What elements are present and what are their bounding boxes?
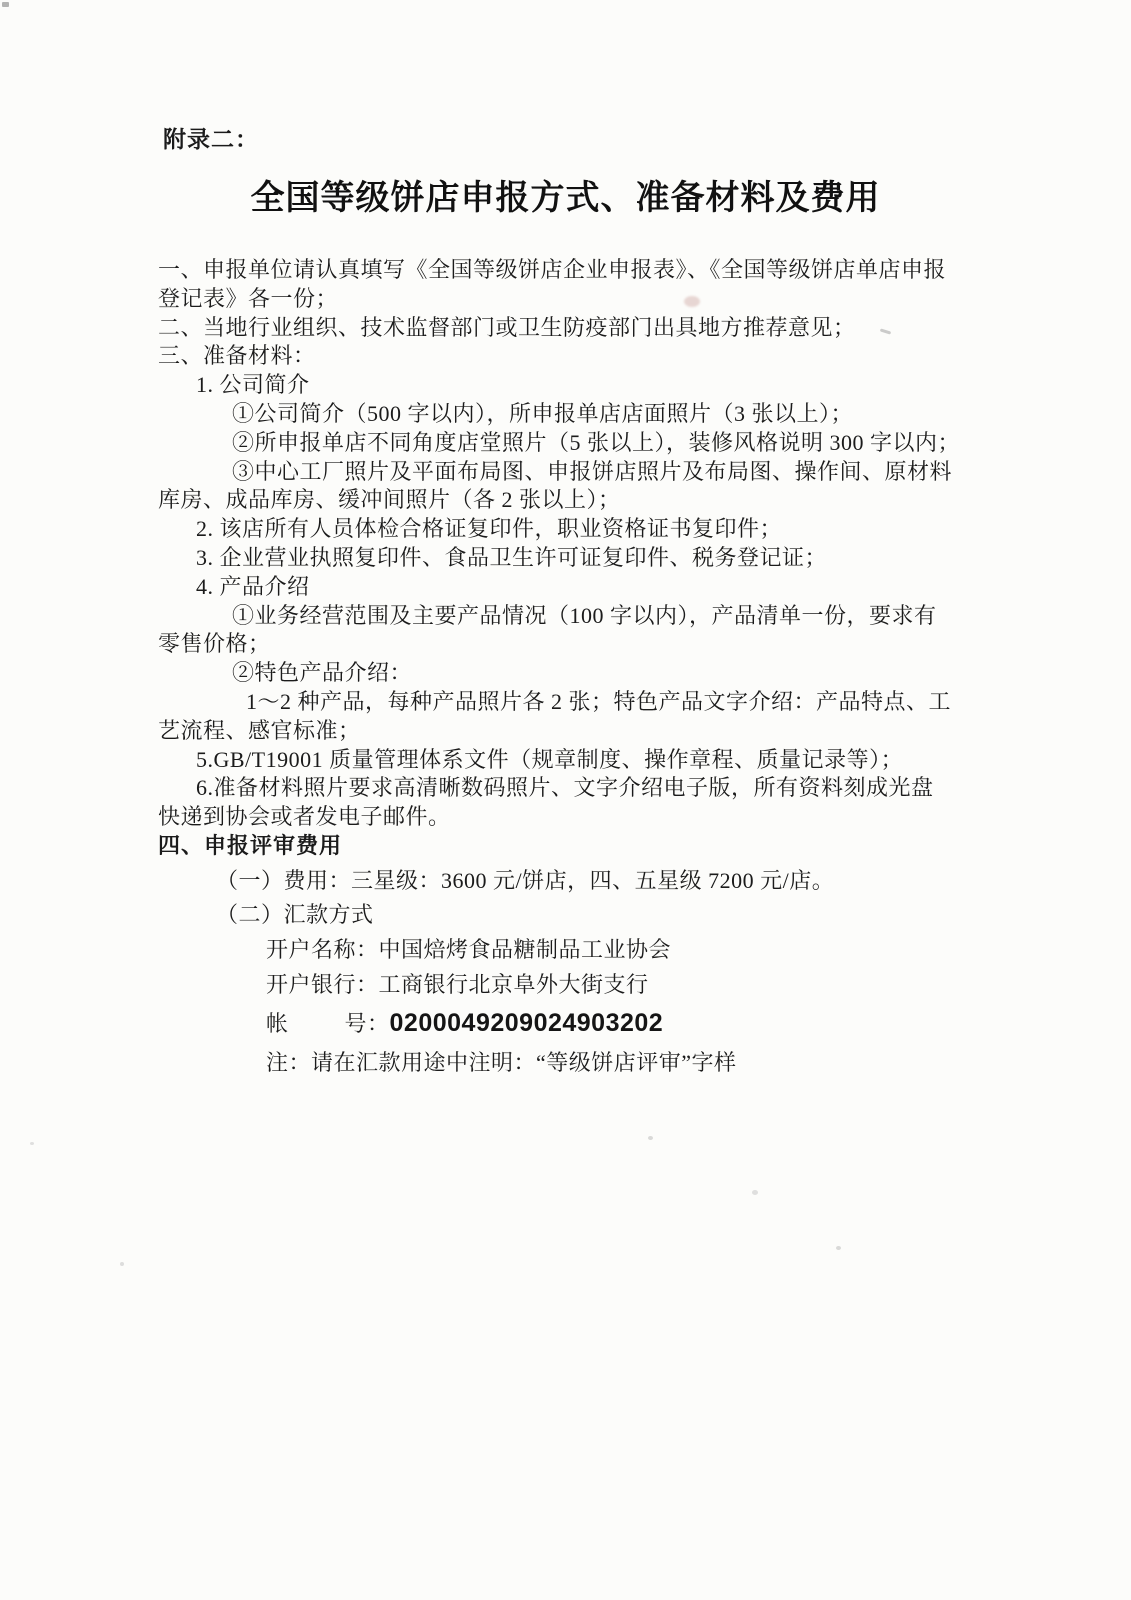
document-line: 零售价格； bbox=[158, 630, 1011, 659]
document-line: 注：请在汇款用途中注明：“等级饼店评审”字样 bbox=[266, 1048, 1011, 1077]
document-line: 5.GB/T19001 质量管理体系文件（规章制度、操作章程、质量记录等）； bbox=[196, 746, 1011, 775]
document-line: 开户银行：工商银行北京阜外大街支行 bbox=[266, 970, 1011, 999]
document-line: 一、申报单位请认真填写《全国等级饼店企业申报表》、《全国等级饼店单店申报 bbox=[158, 256, 1011, 285]
scan-speck bbox=[752, 1190, 758, 1195]
account-label-left: 帐 bbox=[266, 1011, 289, 1036]
account-number-line: 帐号：0200049209024903202 bbox=[266, 1009, 1011, 1038]
account-label-right: 号： bbox=[345, 1011, 390, 1036]
scan-speck bbox=[120, 1262, 124, 1266]
document-line: 四、申报评审费用 bbox=[158, 832, 1011, 861]
document-title: 全国等级饼店申报方式、准备材料及费用 bbox=[0, 178, 1131, 220]
document-line: 3. 企业营业执照复印件、食品卫生许可证复印件、税务登记证； bbox=[196, 544, 1011, 573]
scanned-document-page: 附录二： 全国等级饼店申报方式、准备材料及费用 一、申报单位请认真填写《全国等级… bbox=[0, 0, 1131, 1600]
document-line: ③中心工厂照片及平面布局图、申报饼店照片及布局图、操作间、原材料 bbox=[232, 458, 1011, 487]
document-body: 一、申报单位请认真填写《全国等级饼店企业申报表》、《全国等级饼店单店申报登记表》… bbox=[0, 256, 1131, 1077]
document-line: （一）费用：三星级：3600 元/饼店，四、五星级 7200 元/店。 bbox=[216, 866, 1011, 895]
scan-speck bbox=[648, 1136, 653, 1140]
document-line: （二）汇款方式 bbox=[216, 900, 1011, 929]
document-line: 库房、成品库房、缓冲间照片（各 2 张以上）； bbox=[158, 486, 1011, 515]
appendix-label: 附录二： bbox=[163, 126, 1131, 154]
document-line: 三、准备材料： bbox=[158, 342, 1011, 371]
document-line: 登记表》各一份； bbox=[158, 285, 1011, 314]
document-line: ①公司简介（500 字以内），所申报单店店面照片（3 张以上）； bbox=[232, 400, 1011, 429]
document-line: 4. 产品介绍 bbox=[196, 573, 1011, 602]
document-line: ②所申报单店不同角度店堂照片（5 张以上），装修风格说明 300 字以内； bbox=[232, 429, 1011, 458]
document-line: 快递到协会或者发电子邮件。 bbox=[158, 803, 1011, 832]
scan-speck bbox=[30, 1142, 34, 1145]
document-line: 6.准备材料照片要求高清晰数码照片、文字介绍电子版，所有资料刻成光盘 bbox=[196, 774, 1011, 803]
scan-speck bbox=[836, 1246, 841, 1250]
document-line: 2. 该店所有人员体检合格证复印件，职业资格证书复印件； bbox=[196, 515, 1011, 544]
document-line: 1～2 种产品，每种产品照片各 2 张；特色产品文字介绍：产品特点、工 bbox=[246, 688, 1011, 717]
document-line: 二、当地行业组织、技术监督部门或卫生防疫部门出具地方推荐意见； bbox=[158, 314, 1011, 343]
document-line: 1. 公司简介 bbox=[196, 371, 1011, 400]
scan-speck bbox=[2, 2, 9, 7]
document-line: 艺流程、感官标准； bbox=[158, 717, 1011, 746]
document-line: ①业务经营范围及主要产品情况（100 字以内），产品清单一份，要求有 bbox=[232, 602, 1011, 631]
account-number: 0200049209024903202 bbox=[390, 1009, 664, 1037]
document-line: ②特色产品介绍： bbox=[232, 659, 1011, 688]
document-line: 开户名称：中国焙烤食品糖制品工业协会 bbox=[266, 935, 1011, 964]
